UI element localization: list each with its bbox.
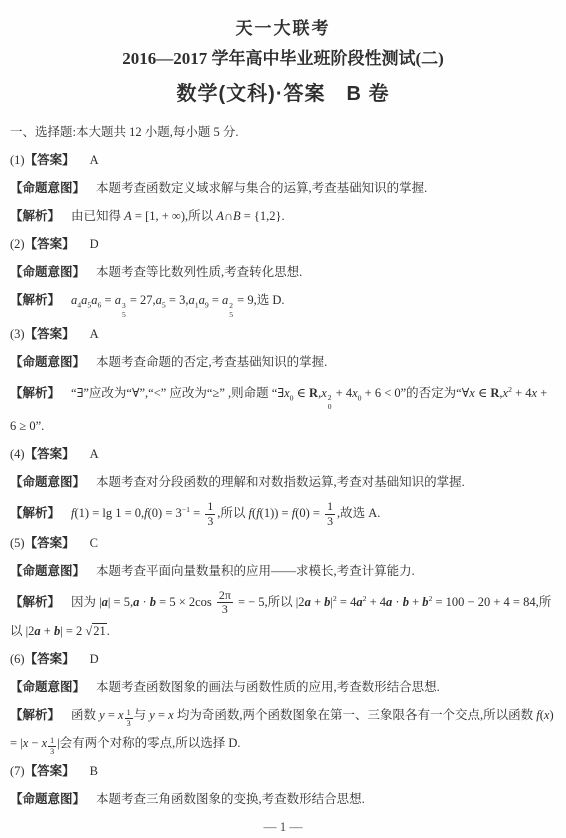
intent-line: 【命题意图】本题考查命题的否定,考查基础知识的掌握. [10,348,556,376]
question-block-7: (7)【答案】B 【命题意图】本题考查三角函数图象的变换,考查数形结合思想. [10,757,556,813]
answer-letter: A [90,447,99,461]
question-number: (1) [10,153,25,167]
intent-text: 本题考查命题的否定,考查基础知识的掌握. [96,355,327,369]
question-number: (6) [10,652,25,666]
answer-line: (7)【答案】B [10,757,556,785]
question-block-6: (6)【答案】D 【命题意图】本题考查函数图象的画法与函数性质的应用,考查数形结… [10,645,556,757]
intent-label: 【命题意图】 [10,680,85,694]
analysis-text: a4a5a6 = a35 = 27,a5 = 3,a1a9 = a25 = 9,… [71,293,284,307]
analysis-label: 【解析】 [10,386,60,400]
answer-label: 【答案】 [25,652,75,666]
page-number: — 1 — [0,815,566,838]
intent-line: 【命题意图】本题考查对分段函数的理解和对数指数运算,考查对基础知识的掌握. [10,468,556,496]
answer-letter: A [90,327,99,341]
analysis-label: 【解析】 [10,209,60,223]
analysis-text: 函数 y = x13与 y = x 均为奇函数,两个函数图象在第一、三象限各有一… [10,708,554,750]
answer-line: (3)【答案】A [10,320,556,348]
question-number: (5) [10,536,25,550]
intent-label: 【命题意图】 [10,355,85,369]
question-number: (4) [10,447,25,461]
intent-label: 【命题意图】 [10,181,85,195]
analysis-line: 【解析】因为 |a| = 5,a · b = 5 × 2cos 2π3 = − … [10,585,556,645]
intent-label: 【命题意图】 [10,265,85,279]
answer-label: 【答案】 [25,536,75,550]
intent-line: 【命题意图】本题考查平面向量数量积的应用——求模长,考查计算能力. [10,557,556,585]
intent-text: 本题考查平面向量数量积的应用——求模长,考查计算能力. [96,564,415,578]
question-number: (2) [10,237,25,251]
analysis-text: 因为 |a| = 5,a · b = 5 × 2cos 2π3 = − 5,所以… [10,595,551,638]
exam-name-title: 天一大联考 [0,14,566,44]
intent-line: 【命题意图】本题考查函数定义域求解与集合的运算,考查基础知识的掌握. [10,174,556,202]
intent-text: 本题考查三角函数图象的变换,考查数形结合思想. [96,792,365,806]
intent-text: 本题考查函数图象的画法与函数性质的应用,考查数形结合思想. [96,680,440,694]
answer-label: 【答案】 [25,237,75,251]
intent-label: 【命题意图】 [10,792,85,806]
question-number: (7) [10,764,25,778]
question-block-1: (1)【答案】A 【命题意图】本题考查函数定义域求解与集合的运算,考查基础知识的… [10,146,556,230]
analysis-line: 【解析】函数 y = x13与 y = x 均为奇函数,两个函数图象在第一、三象… [10,701,556,757]
answer-line: (6)【答案】D [10,645,556,673]
answer-label: 【答案】 [25,447,75,461]
analysis-line: 【解析】f(1) = lg 1 = 0,f(0) = 3−1 = 13,所以 f… [10,496,556,528]
intent-line: 【命题意图】本题考查三角函数图象的变换,考查数形结合思想. [10,785,556,813]
analysis-label: 【解析】 [10,506,60,520]
analysis-line: 【解析】a4a5a6 = a35 = 27,a5 = 3,a1a9 = a25 … [10,286,556,320]
analysis-text: 由已知得 A = [1, + ∞),所以 A∩B = {1,2}. [71,209,285,223]
answer-line: (4)【答案】A [10,440,556,468]
intent-text: 本题考查函数定义域求解与集合的运算,考查基础知识的掌握. [96,181,427,195]
answer-line: (1)【答案】A [10,146,556,174]
intent-text: 本题考查对分段函数的理解和对数指数运算,考查对基础知识的掌握. [96,475,465,489]
question-block-3: (3)【答案】A 【命题意图】本题考查命题的否定,考查基础知识的掌握. 【解析】… [10,320,556,441]
question-number: (3) [10,327,25,341]
analysis-label: 【解析】 [10,708,60,722]
intent-text: 本题考查等比数列性质,考查转化思想. [96,265,302,279]
analysis-label: 【解析】 [10,293,60,307]
analysis-text: “∃”应改为“∀”,“<” 应改为“≥” ,则命题 “∃x0 ∈ R,x20 +… [10,386,547,434]
analysis-text: f(1) = lg 1 = 0,f(0) = 3−1 = 13,所以 f(f(1… [71,506,380,520]
document-body: 一、选择题:本大题共 12 小题,每小题 5 分. (1)【答案】A 【命题意图… [0,110,566,813]
answer-line: (5)【答案】C [10,529,556,557]
subject-answer-title: 数学(文科)·答案 B 卷 [0,78,566,110]
section-heading: 一、选择题:本大题共 12 小题,每小题 5 分. [10,118,556,146]
question-block-4: (4)【答案】A 【命题意图】本题考查对分段函数的理解和对数指数运算,考查对基础… [10,440,556,528]
analysis-label: 【解析】 [10,595,60,609]
answer-line: (2)【答案】D [10,230,556,258]
analysis-line: 【解析】“∃”应改为“∀”,“<” 应改为“≥” ,则命题 “∃x0 ∈ R,x… [10,376,556,441]
analysis-line: 【解析】由已知得 A = [1, + ∞),所以 A∩B = {1,2}. [10,202,556,230]
answer-label: 【答案】 [25,153,75,167]
question-block-5: (5)【答案】C 【命题意图】本题考查平面向量数量积的应用——求模长,考查计算能… [10,529,556,645]
intent-label: 【命题意图】 [10,475,85,489]
exam-answer-page: 天一大联考 2016—2017 学年高中毕业班阶段性测试(二) 数学(文科)·答… [0,0,566,838]
answer-label: 【答案】 [25,327,75,341]
document-header: 天一大联考 2016—2017 学年高中毕业班阶段性测试(二) 数学(文科)·答… [0,0,566,110]
intent-line: 【命题意图】本题考查等比数列性质,考查转化思想. [10,258,556,286]
answer-letter: C [90,536,98,550]
answer-letter: D [90,237,99,251]
intent-line: 【命题意图】本题考查函数图象的画法与函数性质的应用,考查数形结合思想. [10,673,556,701]
answer-letter: B [90,764,98,778]
answer-letter: A [90,153,99,167]
answer-letter: D [90,652,99,666]
answer-label: 【答案】 [25,764,75,778]
exam-session-title: 2016—2017 学年高中毕业班阶段性测试(二) [0,44,566,74]
intent-label: 【命题意图】 [10,564,85,578]
question-block-2: (2)【答案】D 【命题意图】本题考查等比数列性质,考查转化思想. 【解析】a4… [10,230,556,320]
